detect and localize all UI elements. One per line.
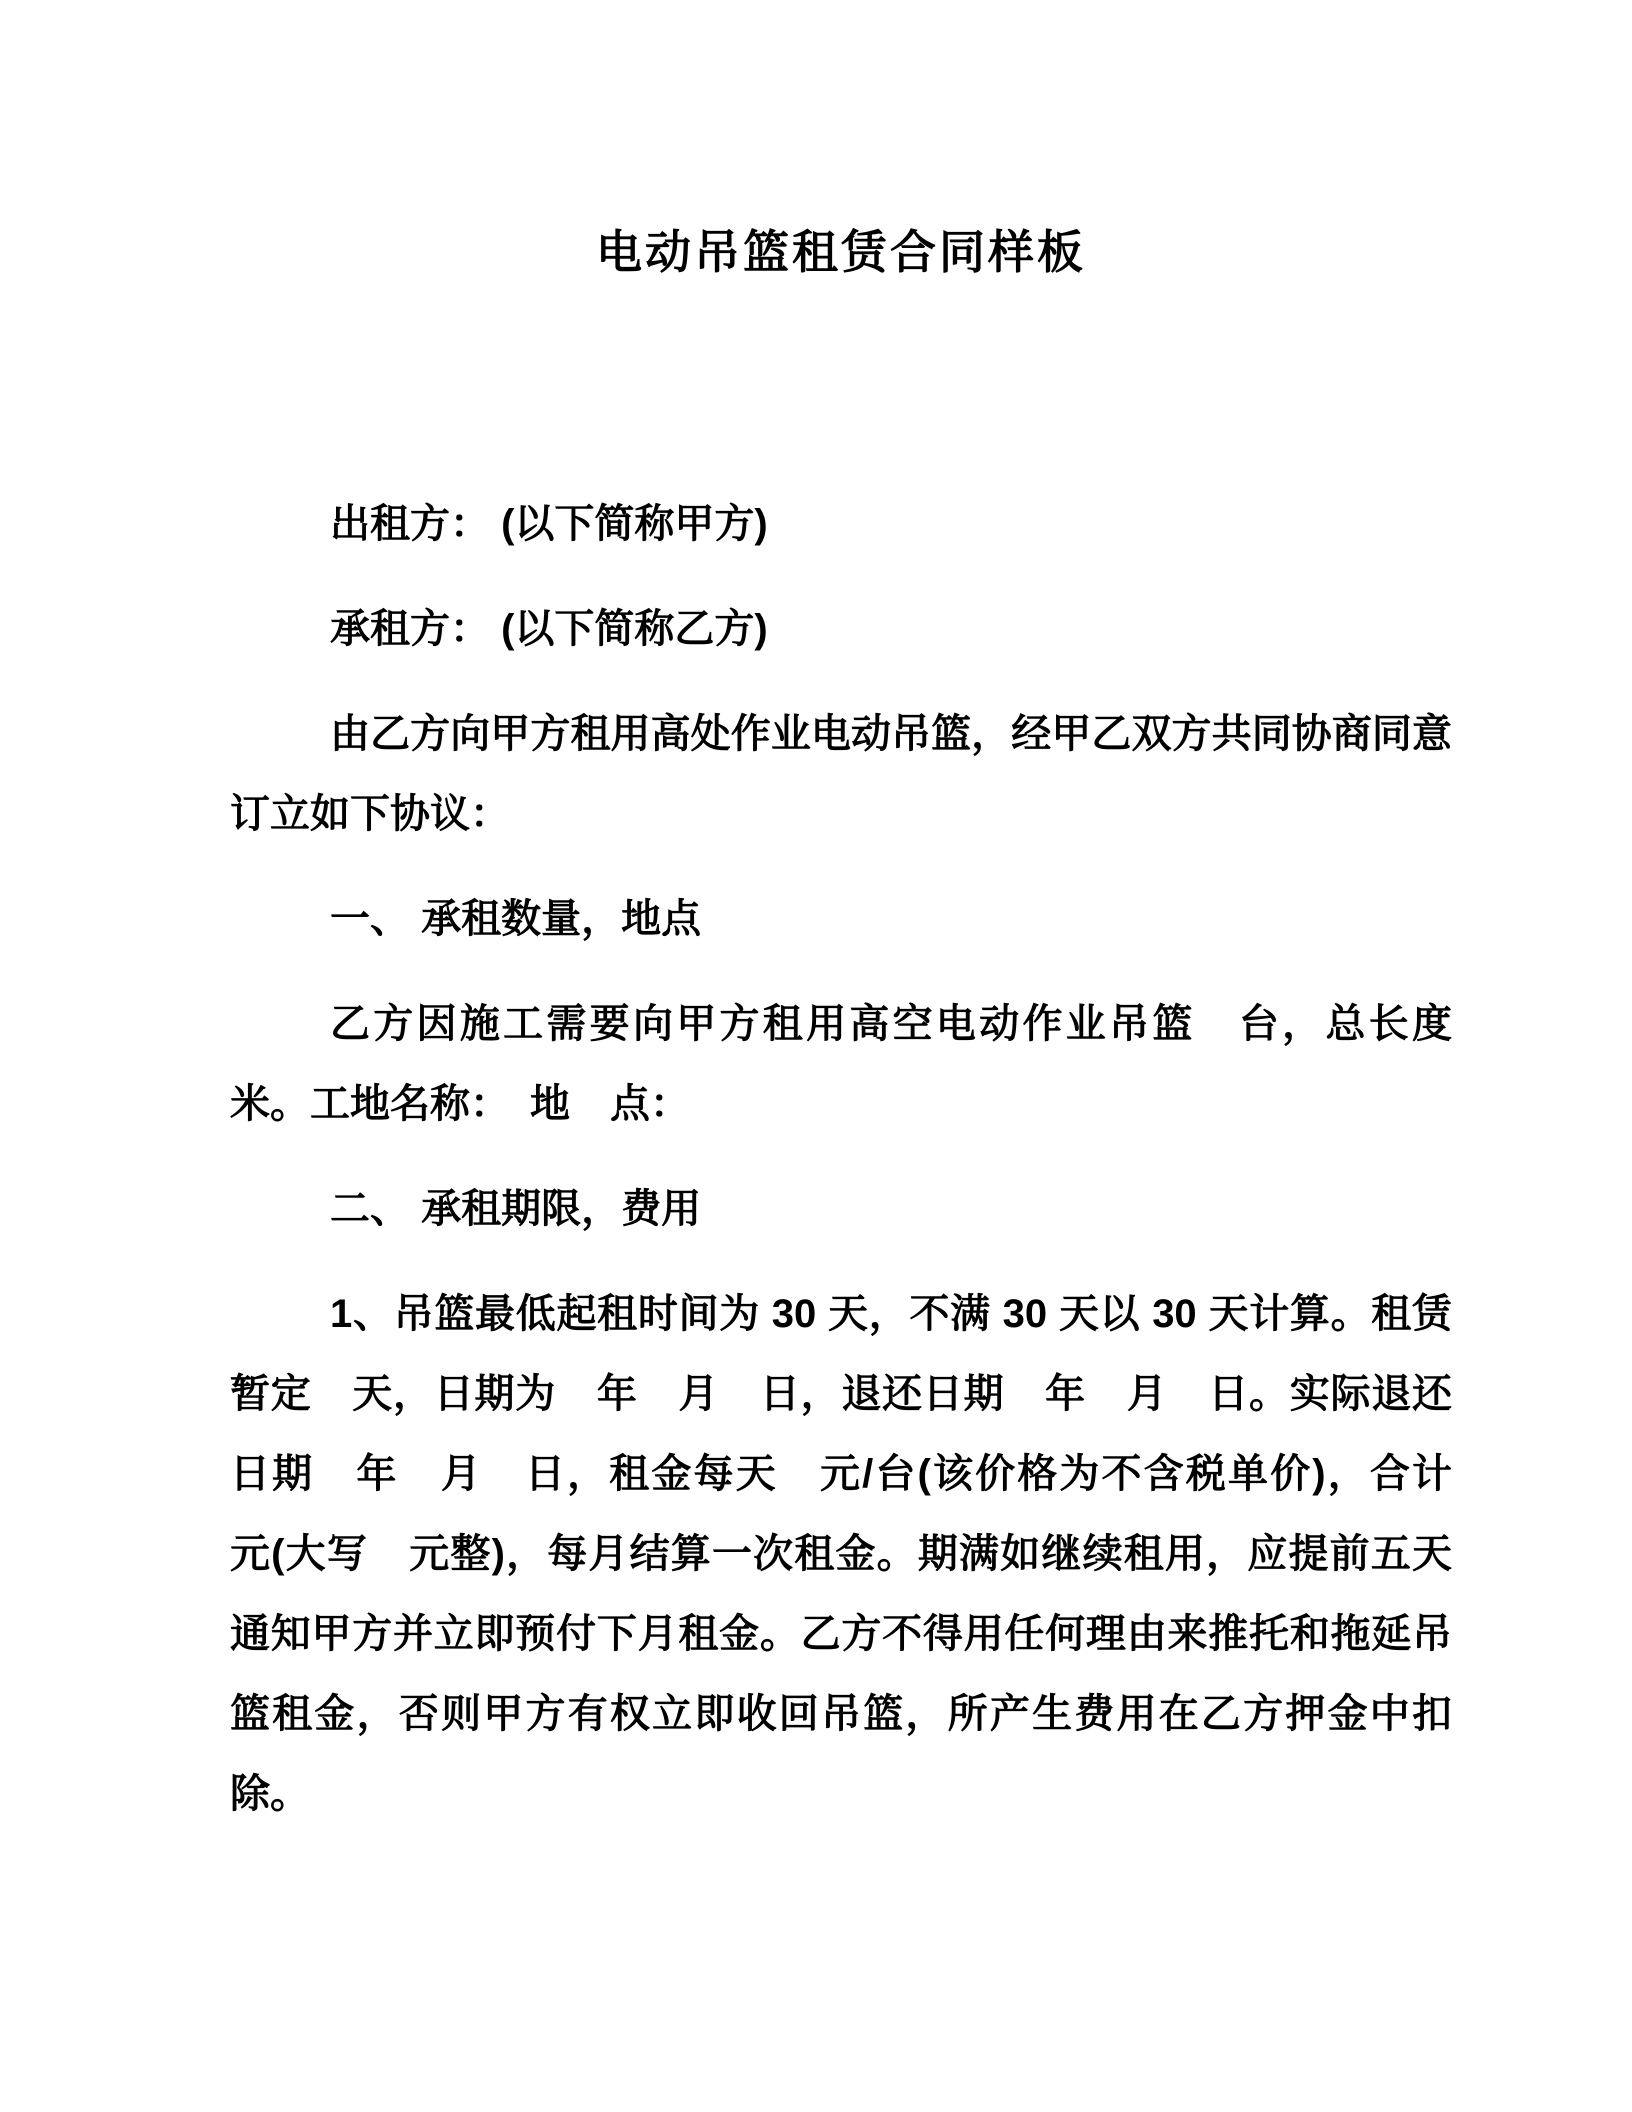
paragraph-lessee: 承租方： (以下简称乙方) [230, 589, 1452, 669]
contract-title: 电动吊篮租赁合同样板 [230, 212, 1452, 292]
section-heading-2: 二、 承租期限，费用 [230, 1169, 1452, 1249]
paragraph-rental-terms: 1、吊篮最低起租时间为 30 天，不满 30 天以 30 天计算。租赁暂定 天，… [230, 1274, 1452, 1834]
document-content: 电动吊篮租赁合同样板 出租方： (以下简称甲方) 承租方： (以下简称乙方) 由… [0, 0, 1632, 1834]
paragraph-preamble: 由乙方向甲方租用高处作业电动吊篮，经甲乙双方共同协商同意订立如下协议： [230, 694, 1452, 854]
paragraph-quantity-location: 乙方因施工需要向甲方租用高空电动作业吊篮 台，总长度 米。工地名称： 地 点： [230, 984, 1452, 1144]
document-page: 电动吊篮租赁合同样板 出租方： (以下简称甲方) 承租方： (以下简称乙方) 由… [0, 0, 1632, 2112]
section-heading-1: 一、 承租数量，地点 [230, 879, 1452, 959]
paragraph-lessor: 出租方： (以下简称甲方) [230, 484, 1452, 564]
